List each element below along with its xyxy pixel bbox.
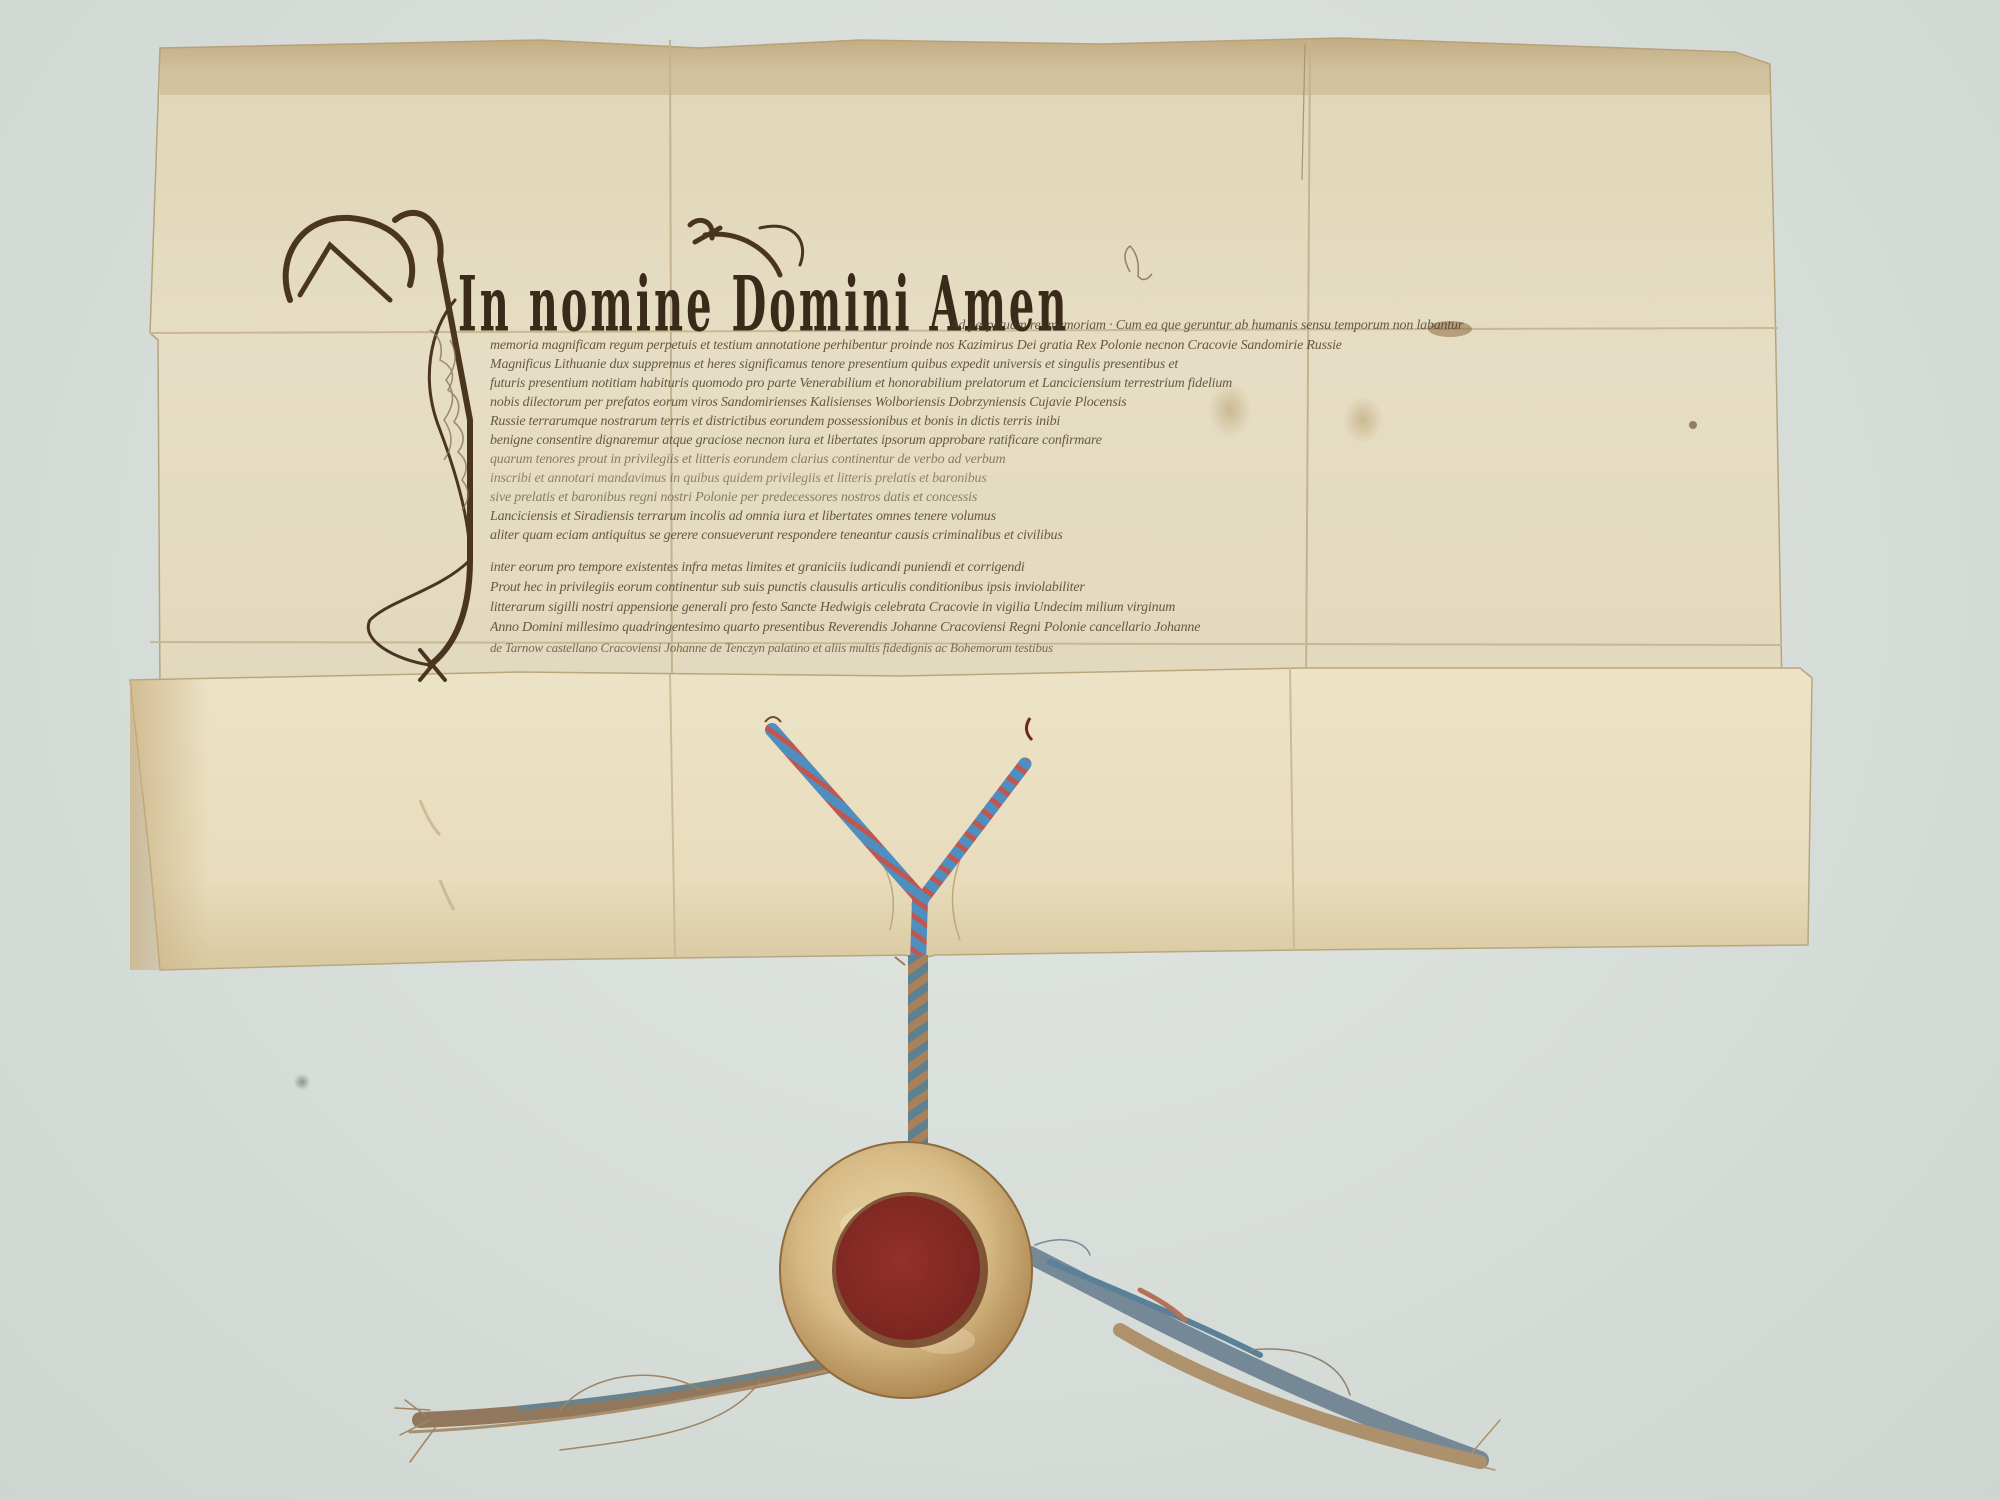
wax-seal [0,0,2000,1500]
charter-photograph: In nomine Domini Amen Ad perpetuam rei m… [0,0,2000,1500]
